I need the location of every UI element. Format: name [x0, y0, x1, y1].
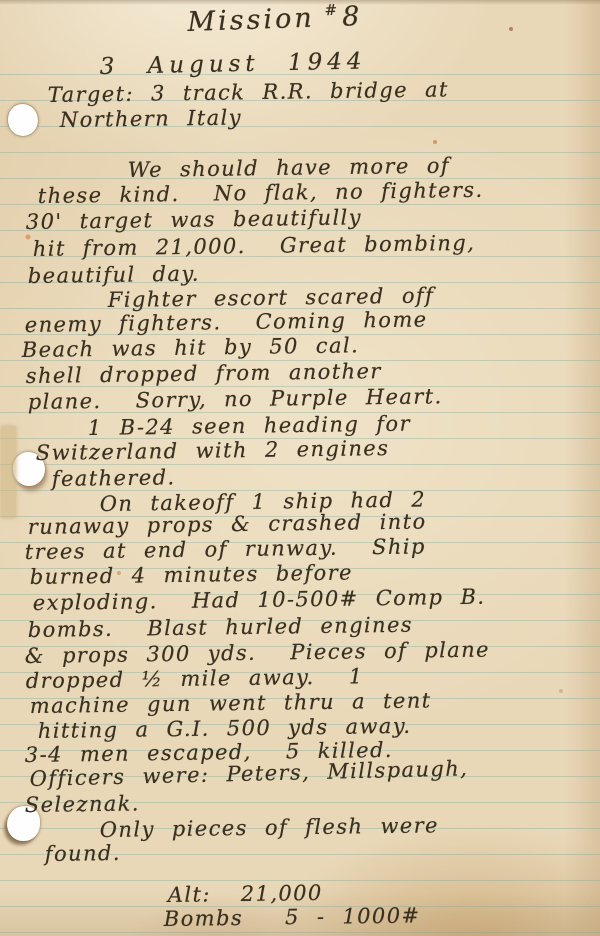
handwritten-line: Only pieces of flesh were	[100, 813, 439, 842]
altitude-value: 21,000	[241, 881, 323, 906]
tape-residue	[1, 426, 16, 518]
handwritten-line: 30' target was beautifully	[26, 205, 362, 234]
handwritten-line: hit from 21,000. Great bombing,	[33, 231, 476, 261]
punch-hole-top	[8, 104, 38, 136]
handwritten-line: & props 300 yds. Pieces of plane	[25, 638, 490, 668]
handwritten-line: trees at end of runway. Ship	[25, 534, 426, 564]
bombs-label: Bombs	[164, 906, 244, 931]
handwritten-line: Seleznak.	[25, 791, 140, 817]
handwritten-line: Switzerland with 2 engines	[36, 436, 390, 465]
handwritten-line: enemy fighters. Coming home	[25, 307, 428, 337]
bombs-value: 5 - 1000#	[285, 903, 421, 929]
handwritten-line: feathered.	[52, 465, 176, 491]
handwritten-line: Beach was hit by 50 cal.	[22, 333, 360, 362]
number-sign: #	[314, 1, 342, 20]
target-line: Target: 3 track R.R. bridge at	[48, 77, 449, 107]
handwritten-line: dropped ½ mile away. 1	[26, 664, 364, 693]
handwritten-line: exploding. Had 10-500# Comp B.	[33, 585, 486, 615]
date-line: 3 August 1944	[99, 48, 366, 80]
handwritten-line: shell dropped from another	[26, 359, 382, 388]
handwritten-line: bombs. Blast hurled engines	[28, 613, 414, 642]
target-line: Northern Italy	[60, 105, 242, 132]
handwritten-line: plane. Sorry, no Purple Heart.	[28, 384, 443, 414]
handwritten-line: We should have more of	[128, 154, 451, 182]
title-number: 8	[342, 1, 363, 33]
handwritten-line: beautiful day.	[28, 262, 200, 288]
handwritten-line: burned 4 minutes before	[30, 560, 353, 589]
handwritten-line: these kind. No flak, no fighters.	[38, 178, 484, 208]
page-title: Mission#8	[187, 0, 363, 38]
handwritten-line: found.	[45, 841, 121, 866]
notebook-page: Mission#8 3 August 1944 Target: 3 track …	[0, 0, 600, 936]
title-word: Mission	[187, 3, 315, 38]
altitude-summary-line: Alt:21,000	[168, 881, 323, 907]
bombs-summary-line: Bombs5 - 1000#	[164, 903, 421, 931]
altitude-label: Alt:	[168, 882, 211, 907]
paper-specks	[0, 0, 2, 2]
